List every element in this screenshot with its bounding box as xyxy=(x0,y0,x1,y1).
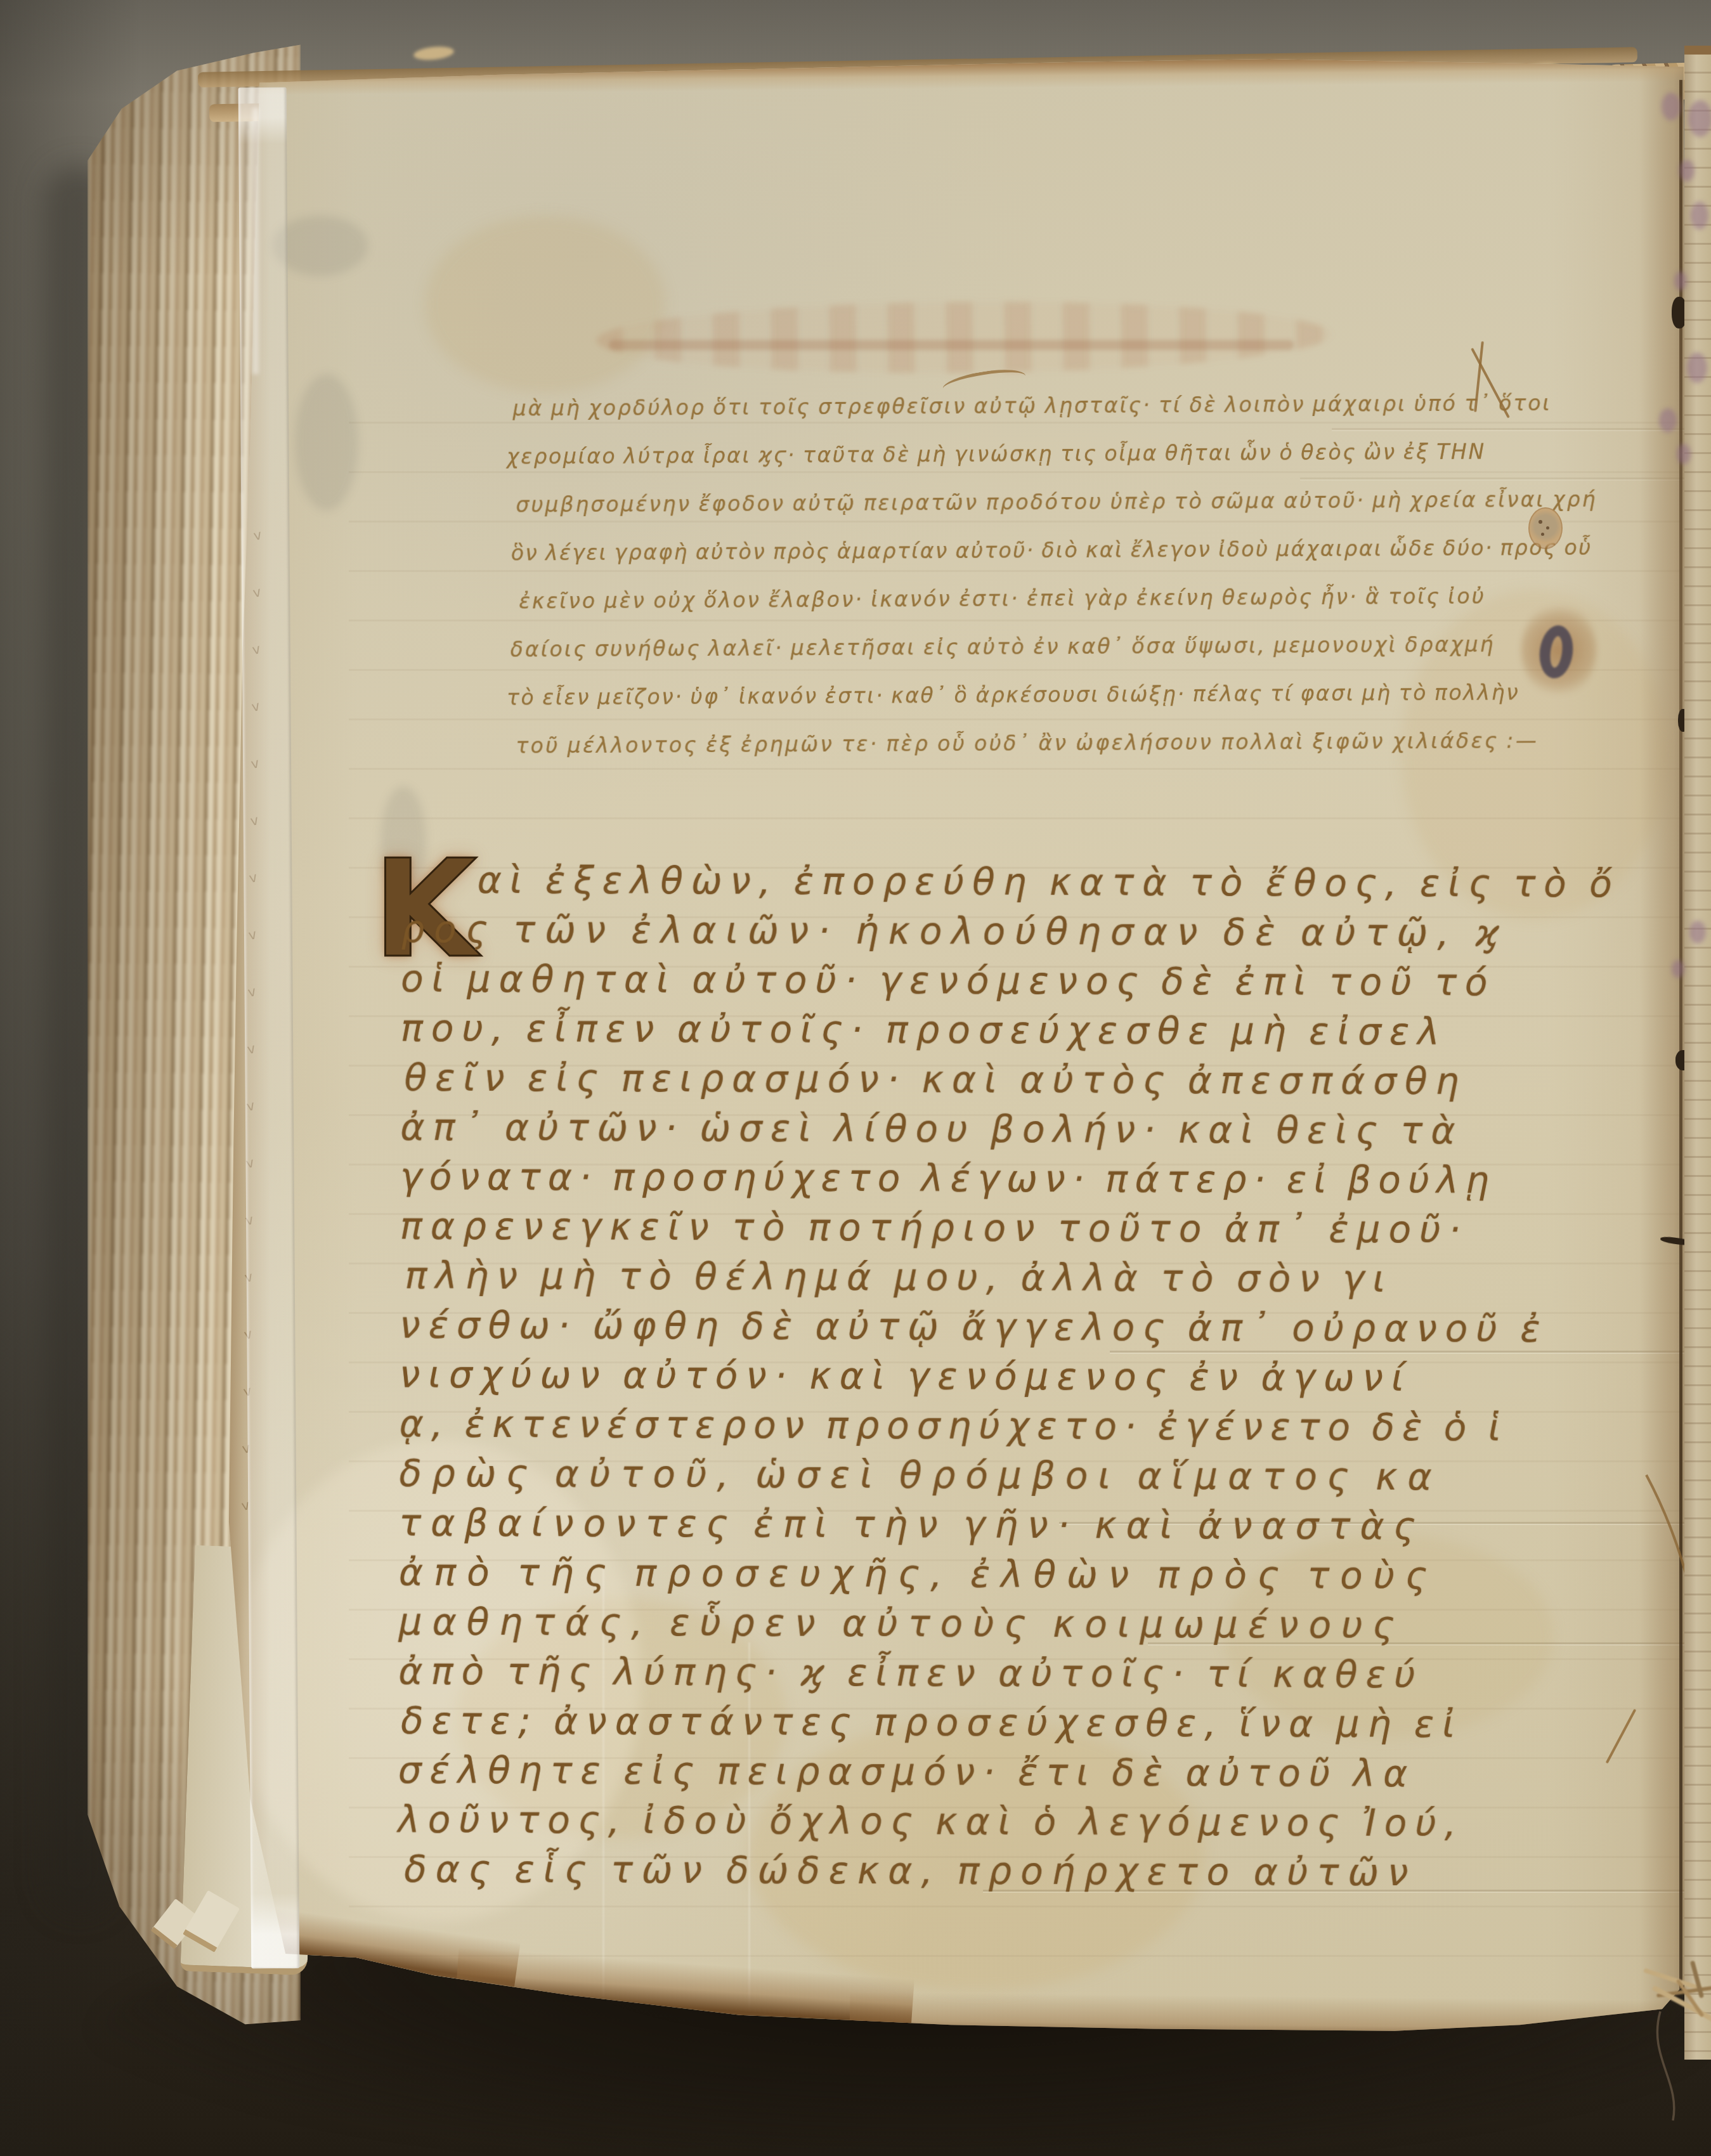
text-line: ᾳ, ἐκτενέστερον προσηύχετο· ἐγένετο δὲ ὁ… xyxy=(400,1399,1674,1453)
strap-highlight xyxy=(252,108,259,374)
text-line: δαίοις συνήθως λαλεῖ· μελετῆσαι εἰς αὐτὸ… xyxy=(510,620,1630,673)
text-line: νισχύων αὐτόν· καὶ γενόμενος ἐν ἀγωνί xyxy=(400,1349,1674,1403)
text-line: ρος τῶν ἐλαιῶν· ἠκολούθησαν δὲ αὐτῷ, ϗ xyxy=(401,904,1675,958)
text-line: ἀπ᾽ αὐτῶν· ὡσεὶ λίθου βολήν· καὶ θεὶς τὰ xyxy=(400,1102,1675,1156)
parchment-page: vvvvvvvvvvvvvvvvvv μὰ μὴ χορδύλορ ὅτι το… xyxy=(159,57,1688,2037)
text-line: συμβησομένην ἔφοδον αὐτῷ πειρατῶν προδότ… xyxy=(516,475,1629,529)
text-line: δρὼς αὐτοῦ, ὡσεὶ θρόμβοι αἵματος κα xyxy=(399,1448,1674,1502)
purple-stain xyxy=(1659,408,1677,432)
text-line: θεῖν εἰς πειρασμόν· καὶ αὐτὸς ἀπεσπάσθη xyxy=(405,1053,1675,1107)
text-line: πλὴν μὴ τὸ θέλημά μου, ἀλλὰ τὸ σὸν γι xyxy=(405,1251,1674,1305)
text-line: δας εἷς τῶν δώδεκα, προήρχετο αὐτῶν xyxy=(404,1845,1672,1899)
text-line: σέλθητε εἰς πειρασμόν· ἔτι δὲ αὐτοῦ λα xyxy=(398,1745,1673,1799)
text-line: παρενεγκεῖν τὸ ποτήριον τοῦτο ἀπ᾽ ἐμοῦ· xyxy=(400,1201,1675,1255)
purple-stain xyxy=(1674,271,1687,290)
purple-stain xyxy=(1677,444,1691,464)
adjacent-page-edge xyxy=(1684,46,1711,2060)
text-line: μὰ μὴ χορδύλορ ὅτι τοῖς στρεφθεῖσιν αὐτῷ… xyxy=(512,379,1629,432)
purple-stain xyxy=(1688,100,1711,137)
manuscript-photograph: vvvvvvvvvvvvvvvvvv μὰ μὴ χορδύλορ ὅτι το… xyxy=(0,0,1711,2156)
purple-stain xyxy=(1672,960,1684,978)
text-line: γόνατα· προσηύχετο λέγων· πάτερ· εἰ βούλ… xyxy=(400,1152,1675,1205)
text-line: ταβαίνοντες ἐπὶ τὴν γῆν· καὶ ἀναστὰς xyxy=(399,1498,1674,1552)
text-line: ἀπὸ τῆς προσευχῆς, ἐλθὼν πρὸς τοὺς xyxy=(399,1547,1674,1601)
purple-stain xyxy=(1679,160,1695,181)
text-line: οἱ μαθηταὶ αὐτοῦ· γενόμενος δὲ ἐπὶ τοῦ τ… xyxy=(401,954,1675,1008)
text-line: δετε; ἀναστάντες προσεύχεσθε, ἵνα μὴ εἰ xyxy=(401,1696,1673,1750)
purple-stain xyxy=(1691,202,1708,230)
text-line: αὶ ἐξελθὼν, ἐπορεύθη κατὰ τὸ ἔθος, εἰς τ… xyxy=(401,855,1676,909)
text-line: τὸ εἶεν μεῖζον· ὑφ᾽ ἱκανόν ἐστι· καθ᾽ ὃ … xyxy=(507,668,1630,722)
purple-stain xyxy=(1689,921,1706,944)
text-line: μαθητάς, εὗρεν αὐτοὺς κοιμωμένους xyxy=(399,1597,1674,1651)
text-line: που, εἶπεν αὐτοῖς· προσεύχεσθε μὴ εἰσελ xyxy=(401,1003,1675,1057)
purple-stain xyxy=(1662,93,1681,120)
text-line: χερομίαο λύτρα ἷραι ϗϛ· ταῦτα δὲ μὴ γινώ… xyxy=(507,427,1629,481)
main-text-block: αὶ ἐξελθὼν, ἐπορεύθη κατὰ τὸ ἔθος, εἰς τ… xyxy=(398,855,1676,1898)
upper-text-block: μὰ μὴ χορδύλορ ὅτι τοῖς στρεφθεῖσιν αὐτῷ… xyxy=(512,379,1630,770)
text-line: ἐκεῖνο μὲν οὐχ ὅλον ἔλαβον· ἱκανόν ἐστι·… xyxy=(519,571,1630,625)
text-line: ἀπὸ τῆς λύπης· ϗ εἶπεν αὐτοῖς· τί καθεύ xyxy=(398,1646,1673,1700)
purple-stain xyxy=(1687,353,1707,383)
text-line: τοῦ μέλλοντος ἐξ ἐρημῶν τε· πὲρ οὗ οὐδ᾽ … xyxy=(516,716,1630,770)
ink-blot xyxy=(1528,507,1563,549)
text-line: νέσθω· ὤφθη δὲ αὐτῷ ἄγγελος ἀπ᾽ οὐρανοῦ … xyxy=(400,1300,1674,1354)
text-line: λοῦντος, ἰδοὺ ὄχλος καὶ ὁ λεγόμενος Ἰού, xyxy=(398,1795,1672,1848)
text-line: ὃν λέγει γραφὴ αὐτὸν πρὸς ἁμαρτίαν αὐτοῦ… xyxy=(511,523,1630,577)
